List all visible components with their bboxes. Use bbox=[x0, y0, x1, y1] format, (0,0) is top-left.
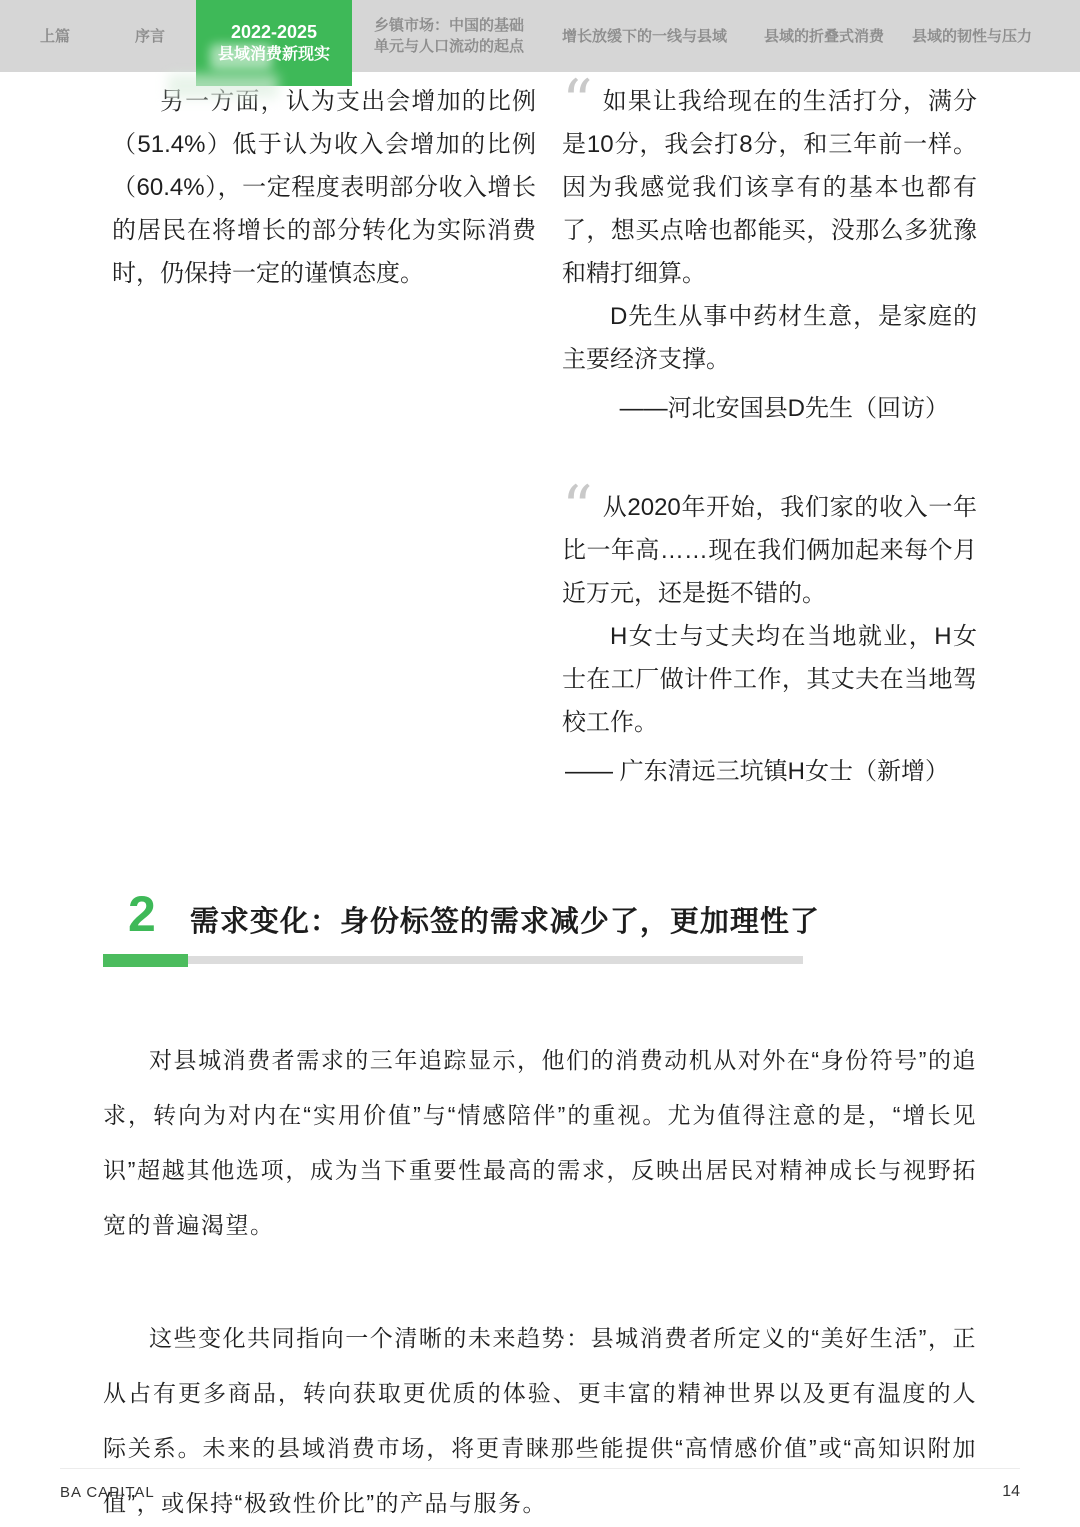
quote-1-body: 如果让我给现在的生活打分，满分是10分，我会打8分，和三年前一样。因为我感觉我们… bbox=[562, 88, 977, 287]
left-paragraph: 另一方面，认为支出会增加的比例（51.4%）低于认为收入会增加的比例（60.4%… bbox=[112, 80, 536, 295]
quote-open-icon: “ bbox=[562, 486, 593, 524]
quote-2-text: “从2020年开始，我们家的收入一年比一年高……现在我们俩加起来每个月近万元，还… bbox=[562, 486, 977, 615]
tab-shangpian[interactable]: 上篇 bbox=[40, 0, 70, 72]
tab-label-line2: 单元与人口流动的起点 bbox=[374, 36, 524, 57]
quote-1-text: “如果让我给现在的生活打分，满分是10分，我会打8分，和三年前一样。因为我感觉我… bbox=[562, 80, 977, 295]
left-column: 另一方面，认为支出会增加的比例（51.4%）低于认为收入会增加的比例（60.4%… bbox=[112, 80, 536, 793]
quote-open-icon: “ bbox=[562, 80, 593, 118]
tab-zhediechi-xiaofei[interactable]: 县域的折叠式消费 bbox=[764, 0, 884, 72]
right-column: “如果让我给现在的生活打分，满分是10分，我会打8分，和三年前一样。因为我感觉我… bbox=[562, 80, 977, 793]
tab-zengzhang-fanghuan[interactable]: 增长放缓下的一线与县域 bbox=[562, 0, 727, 72]
tab-active-line2: 县域消费新现实 bbox=[218, 44, 330, 66]
report-page: 上篇 序言 2022-2025 县域消费新现实 乡镇市场：中国的基础 单元与人口… bbox=[0, 0, 1080, 1527]
quote-2-attribution: —— 广东清远三坑镇H女士（新增） bbox=[562, 750, 977, 793]
page-footer: BA CAPITAL 14 bbox=[60, 1468, 1020, 1501]
section-heading: 2 需求变化：身份标签的需求减少了，更加理性了 bbox=[103, 889, 977, 940]
tab-renxing-yali[interactable]: 县域的韧性与压力 bbox=[912, 0, 1032, 72]
tab-active-line1: 2022-2025 bbox=[231, 20, 317, 44]
underline-gray-segment bbox=[188, 956, 803, 964]
section-underline bbox=[103, 954, 803, 967]
tab-xiangzhen-shichang[interactable]: 乡镇市场：中国的基础 单元与人口流动的起点 bbox=[374, 0, 524, 72]
section-2: 2 需求变化：身份标签的需求减少了，更加理性了 bbox=[103, 889, 977, 967]
tab-xianyu-xiaofei-active[interactable]: 2022-2025 县域消费新现实 bbox=[196, 0, 352, 86]
quote-1-context: D先生从事中药材生意，是家庭的主要经济支撑。 bbox=[562, 295, 977, 381]
section-number: 2 bbox=[128, 889, 156, 939]
brand-label: BA CAPITAL bbox=[60, 1484, 155, 1501]
quote-block-1: “如果让我给现在的生活打分，满分是10分，我会打8分，和三年前一样。因为我感觉我… bbox=[562, 80, 977, 430]
body-paragraph-1: 对县城消费者需求的三年追踪显示，他们的消费动机从对外在“身份符号”的追求，转向为… bbox=[103, 1033, 977, 1253]
quote-2-body: 从2020年开始，我们家的收入一年比一年高……现在我们俩加起来每个月近万元，还是… bbox=[562, 494, 977, 607]
tab-label-line1: 乡镇市场：中国的基础 bbox=[374, 15, 524, 36]
tab-xuyan[interactable]: 序言 bbox=[135, 0, 165, 72]
section-title: 需求变化：身份标签的需求减少了，更加理性了 bbox=[190, 905, 820, 940]
page-number: 14 bbox=[1002, 1483, 1020, 1501]
quote-1-attribution: ——河北安国县D先生（回访） bbox=[562, 387, 977, 430]
underline-green-segment bbox=[103, 954, 188, 967]
top-nav: 上篇 序言 2022-2025 县域消费新现实 乡镇市场：中国的基础 单元与人口… bbox=[0, 0, 1080, 72]
quote-2-context: H女士与丈夫均在当地就业，H女士在工厂做计件工作，其丈夫在当地驾校工作。 bbox=[562, 615, 977, 744]
two-column-block: 另一方面，认为支出会增加的比例（51.4%）低于认为收入会增加的比例（60.4%… bbox=[0, 0, 1080, 793]
quote-block-2: “从2020年开始，我们家的收入一年比一年高……现在我们俩加起来每个月近万元，还… bbox=[562, 486, 977, 793]
